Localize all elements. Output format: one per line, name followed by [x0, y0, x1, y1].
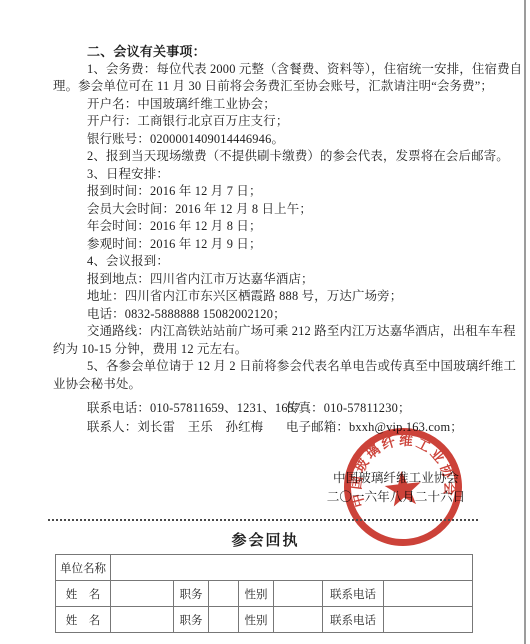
notice-line: 年会时间：2016 年 12 月 8 日；	[53, 218, 483, 236]
contact-row-person: 联系人：刘长雷 王乐 孙红梅 电子邮箱：bxxh@vip.163.com；	[53, 418, 483, 437]
section-heading: 二、会议有关事项：	[53, 43, 483, 61]
notice-line: 开户名：中国玻璃纤维工业协会；	[53, 96, 483, 114]
name-label-cell: 姓 名	[56, 581, 111, 607]
contact-fax: 传真：010-57811230；	[286, 399, 411, 418]
signature-org: 中国玻璃纤维工业协会	[326, 469, 466, 488]
gender-label-cell: 性别	[239, 581, 274, 607]
notice-line: 交通路线：内江高铁站站前广场可乘 212 路至内江万达嘉华酒店，出租车车程	[53, 323, 483, 341]
page-right-edge	[524, 0, 526, 644]
duty-label-cell: 职务	[174, 607, 209, 633]
phone-label-cell: 联系电话	[323, 581, 384, 607]
notice-line: 理。参会单位可在 11 月 30 日前将会务费汇至协会账号，汇款请注明“会务费”…	[53, 78, 483, 96]
name-value-cell	[111, 607, 174, 633]
notice-line: 4、会议报到：	[53, 253, 483, 271]
name-label-cell: 姓 名	[56, 607, 111, 633]
duty-value-cell	[209, 607, 239, 633]
phone-label-cell: 联系电话	[323, 607, 384, 633]
notice-line: 3、日程安排：	[53, 166, 483, 184]
unit-label-cell: 单位名称	[56, 555, 111, 581]
notice-line: 1、会务费：每位代表 2000 元整（含餐费、资料等），住宿统一安排，住宿费自	[53, 61, 483, 79]
name-value-cell	[111, 581, 174, 607]
notice-line: 业协会秘书处。	[53, 376, 483, 394]
notice-line: 2、报到当天现场缴费（不提供刷卡缴费）的参会代表，发票将在会后邮寄。	[53, 148, 483, 166]
notice-line: 约为 10-15 分钟，费用 12 元左右。	[53, 341, 483, 359]
gender-value-cell	[274, 581, 323, 607]
table-row-unit: 单位名称	[56, 555, 473, 581]
contact-email: 电子邮箱：bxxh@vip.163.com；	[286, 418, 463, 437]
unit-value-cell	[111, 555, 473, 581]
document-page: { "document": { "heading": "二、会议有关事项：", …	[0, 0, 530, 644]
duty-label-cell: 职务	[174, 581, 209, 607]
notice-line: 报到时间：2016 年 12 月 7 日；	[53, 183, 483, 201]
contact-block: 联系电话：010-57811659、1231、1657 传真：010-57811…	[53, 399, 483, 436]
contact-persons: 联系人：刘长雷 王乐 孙红梅	[87, 420, 263, 434]
notice-line: 报到地点：四川省内江市万达嘉华酒店；	[53, 271, 483, 289]
signature-date: 二〇一六年八月二十六日	[326, 488, 466, 507]
notice-line: 银行账号：0200001409014446946。	[53, 131, 483, 149]
notice-line: 地址：四川省内江市东兴区栖霞路 888 号，万达广场旁；	[53, 288, 483, 306]
cut-line	[48, 519, 478, 521]
signature-block: 中国玻璃纤维工业协会 二〇一六年八月二十六日	[326, 469, 466, 507]
meeting-notice-body: 二、会议有关事项： 1、会务费：每位代表 2000 元整（含餐费、资料等），住宿…	[53, 43, 483, 436]
receipt-table: 单位名称 姓 名 职务 性别 联系电话 姓 名 职务 性别 联系电话	[55, 554, 473, 633]
notice-line: 5、各参会单位请于 12 月 2 日前将参会代表名单电告或传真至中国玻璃纤维工	[53, 358, 483, 376]
receipt-title: 参会回执	[53, 529, 478, 550]
gender-label-cell: 性别	[239, 607, 274, 633]
notice-line: 会员大会时间：2016 年 12 月 8 日上午；	[53, 201, 483, 219]
table-row-attendee: 姓 名 职务 性别 联系电话	[56, 607, 473, 633]
phone-value-cell	[384, 581, 473, 607]
duty-value-cell	[209, 581, 239, 607]
notice-line: 电话：0832-5888888 15082002120；	[53, 306, 483, 324]
notice-line: 开户行：工商银行北京百万庄支行；	[53, 113, 483, 131]
notice-line: 参观时间：2016 年 12 月 9 日；	[53, 236, 483, 254]
phone-value-cell	[384, 607, 473, 633]
contact-phone: 联系电话：010-57811659、1231、1657	[87, 401, 301, 415]
gender-value-cell	[274, 607, 323, 633]
table-row-attendee: 姓 名 职务 性别 联系电话	[56, 581, 473, 607]
contact-row-phone: 联系电话：010-57811659、1231、1657 传真：010-57811…	[53, 399, 483, 418]
